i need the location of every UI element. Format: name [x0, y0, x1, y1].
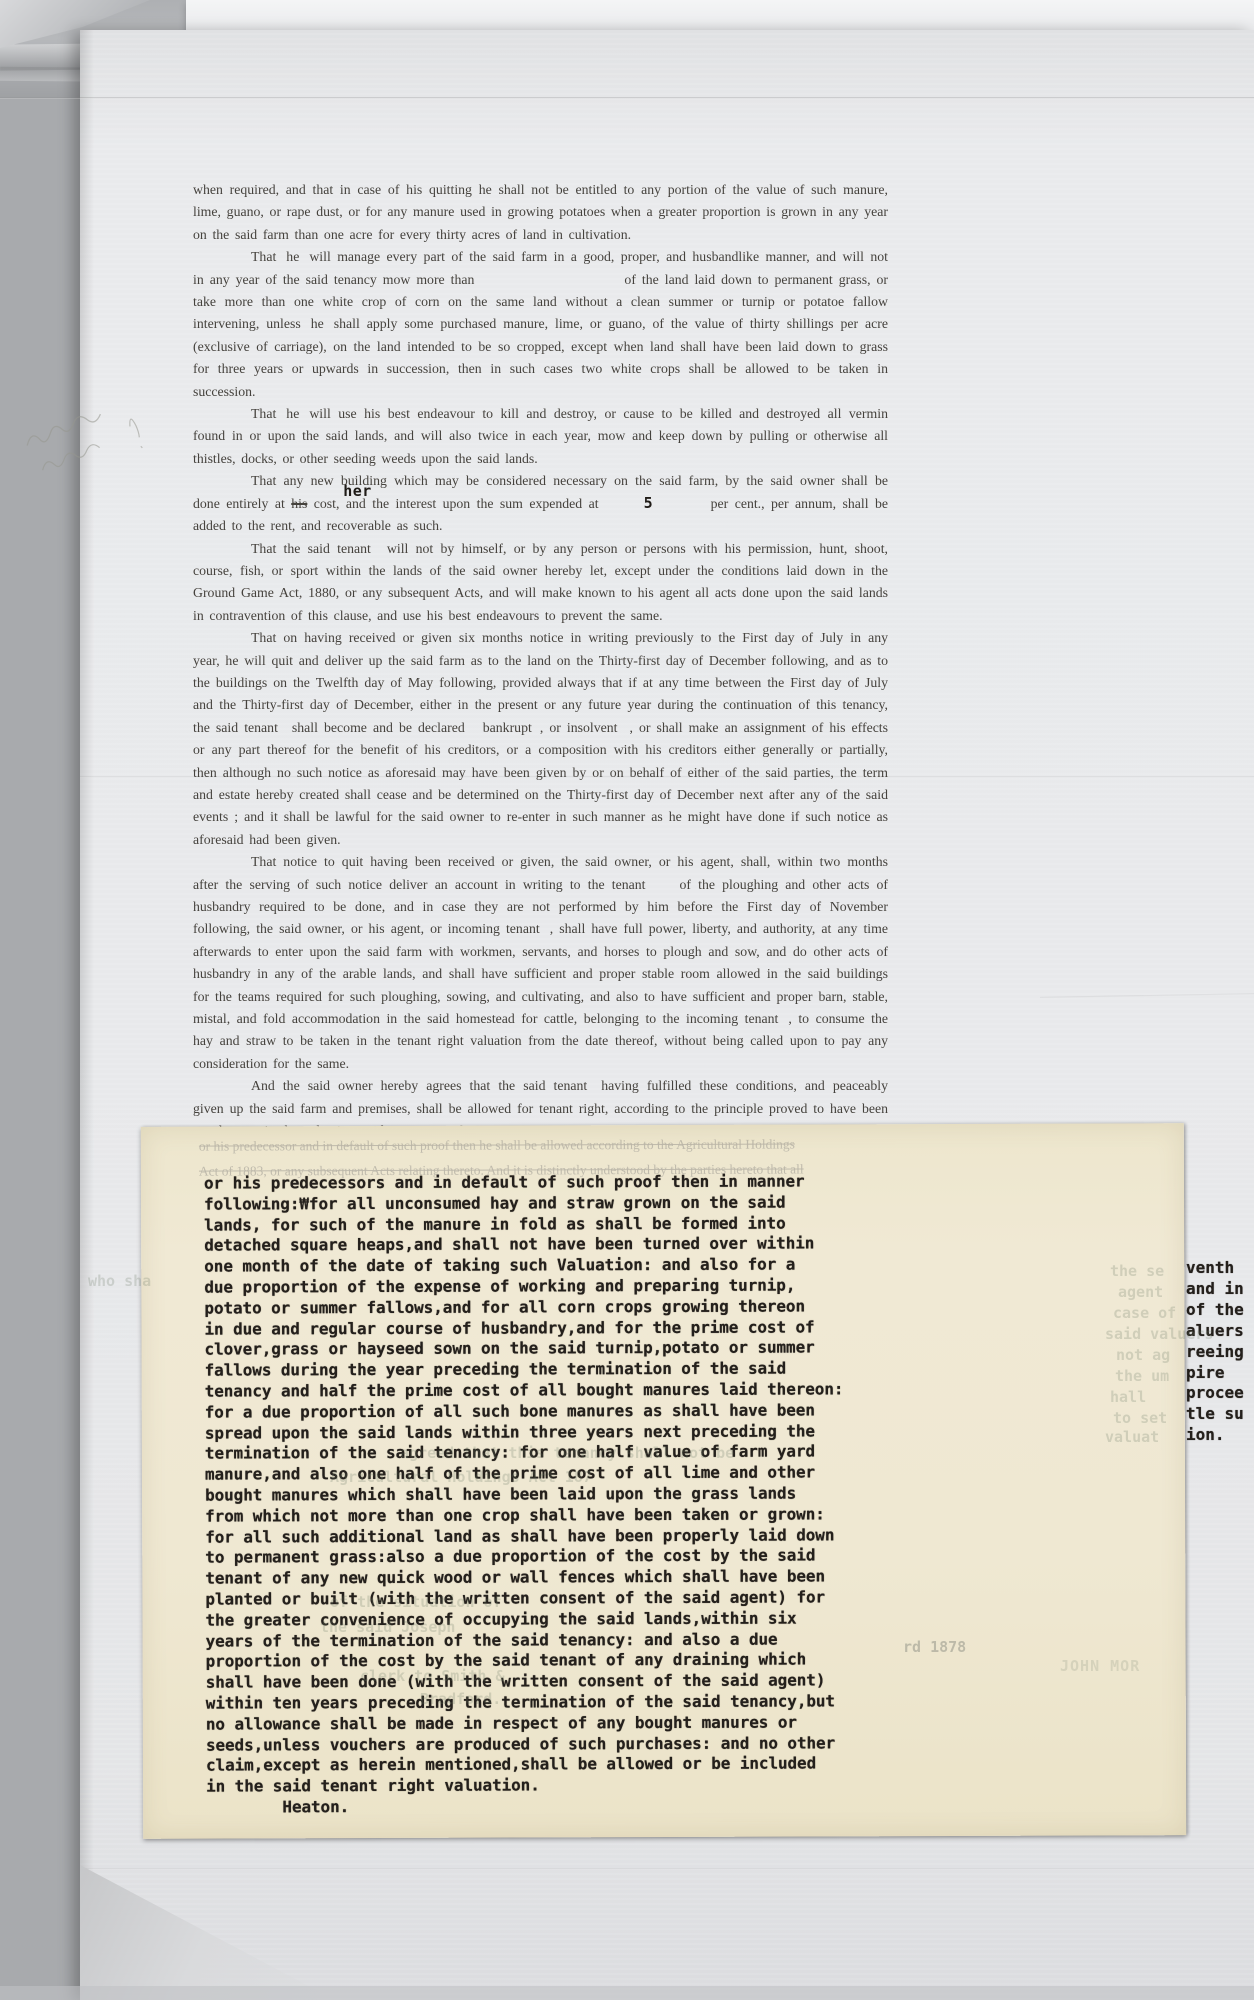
form-blank	[474, 283, 624, 284]
form-blank	[276, 417, 286, 418]
form-blank	[276, 260, 286, 261]
printed-paragraph: Thathewill manage every part of the said…	[193, 246, 888, 403]
ghost-fragment: the se	[1110, 1262, 1164, 1280]
ghost-fragment: agreed that this tenancy shall not be	[400, 1444, 734, 1462]
printed-paragraph: That notice to quit having been received…	[193, 851, 888, 1075]
ghost-fragment: JOHN MOR	[1060, 1657, 1140, 1675]
typed-line: no allowance shall be made in respect of…	[206, 1712, 845, 1735]
typed-line: fallows during the year preceding the te…	[205, 1359, 844, 1382]
form-blank	[587, 1089, 601, 1090]
typed-line: proportion of the cost by the said tenan…	[206, 1650, 845, 1673]
form-blank	[645, 888, 679, 889]
ghost-fragment: said valuers	[1105, 1325, 1213, 1343]
typed-line: seeds,unless vouchers are produced of su…	[206, 1733, 845, 1756]
typed-line: for a due proportion of all such bone ma…	[205, 1400, 844, 1423]
typed-line: within ten years preceding the terminati…	[206, 1691, 845, 1714]
typed-line: tenant of any new quick wood or wall fen…	[205, 1567, 844, 1590]
page-crease	[0, 97, 1254, 99]
form-blank	[465, 731, 483, 732]
typed-line: spread upon the said lands within three …	[205, 1421, 844, 1444]
printed-text: when required, and that in case of his q…	[193, 179, 888, 1142]
ghost-fragment: Bradford.	[420, 1690, 501, 1708]
ghost-fragment: valuat	[1105, 1428, 1159, 1446]
form-blank	[301, 327, 311, 328]
typed-line: from which not more than one crop shall …	[205, 1504, 844, 1527]
ghost-fragment: the said Joseph	[320, 1618, 455, 1636]
form-blank	[299, 417, 309, 418]
overlapping-page-edge	[186, 0, 1254, 34]
ghost-struck-line: or his predecessor and in default of suc…	[199, 1135, 1187, 1154]
form-blank	[278, 731, 292, 732]
form-blank	[532, 731, 540, 732]
page-left-shadow	[80, 30, 94, 2000]
typed-line: in due and regular course of husbandry,a…	[204, 1317, 843, 1340]
typed-signature: Heaton.	[206, 1795, 845, 1818]
typed-line: shall have been done (with the written c…	[206, 1670, 845, 1693]
corrected-word: hisher	[291, 496, 307, 511]
typed-line: bought manures which shall have been lai…	[205, 1483, 844, 1506]
typed-line: the greater convenience of occupying the…	[205, 1608, 844, 1631]
ghost-fragment: of the situation of	[330, 1593, 502, 1611]
document-scan: when required, and that in case of his q…	[0, 0, 1254, 2000]
typed-text: or his predecessors and in default of su…	[204, 1171, 845, 1818]
typed-line: detached square heaps,and shall not have…	[204, 1234, 843, 1257]
ghost-fragment: agent	[1118, 1283, 1163, 1301]
page-bottom-shade	[0, 1986, 1254, 2000]
typed-line: in the said tenant right valuation.	[206, 1774, 845, 1797]
typed-correction: her	[285, 482, 372, 500]
typed-line: claim,except as herein mentioned,shall b…	[206, 1754, 845, 1777]
form-blank	[371, 552, 387, 553]
ghost-fragment: rd 1878	[903, 1638, 966, 1656]
ghost-fragment: not ag	[1116, 1346, 1170, 1364]
printed-paragraph: That on having received or given six mon…	[193, 627, 888, 851]
typed-line: lands, for such of the manure in fold as…	[204, 1213, 843, 1236]
typed-line: to permanent grass:also a due proportion…	[205, 1546, 844, 1569]
right-edge-typed-fragments: venth and in of the aluers reeing pire p…	[1186, 1258, 1244, 1446]
printed-paragraph: Thathewill use his best endeavour to kil…	[193, 403, 888, 470]
ghost-fragment: clerk to Smith &	[360, 1667, 505, 1685]
form-blank	[778, 1022, 788, 1023]
typed-line: one month of the date of taking such Val…	[204, 1255, 843, 1278]
ghost-fragment: case of	[1113, 1304, 1176, 1322]
ghost-fragment: to set	[1113, 1409, 1167, 1427]
printed-paragraph: when required, and that in case of his q…	[193, 179, 888, 246]
typed-insertion: 5	[644, 494, 653, 512]
typed-line: planted or built (with the written conse…	[205, 1587, 844, 1610]
ghost-fragment: Agricultural Holdings Act 187	[330, 1468, 592, 1486]
typed-line: clover,grass or hayseed sown on the said…	[205, 1338, 844, 1361]
typed-line: years of the termination of the said ten…	[206, 1629, 845, 1652]
typed-line: following:₩for all unconsumed hay and st…	[204, 1192, 843, 1215]
form-blank	[540, 932, 550, 933]
form-blank	[324, 327, 334, 328]
form-blank	[653, 507, 711, 508]
printed-paragraph: That the said tenantwill not by himself,…	[193, 538, 888, 628]
page-crease	[80, 1868, 1254, 1870]
pasted-typed-note: or his predecessors and in default of su…	[141, 1123, 1186, 1839]
typed-line: potato or summer fallows,and for all cor…	[204, 1296, 843, 1319]
typed-line: tenancy and half the prime cost of all b…	[205, 1379, 844, 1402]
ghost-fragment: who sha	[88, 1272, 151, 1290]
ghost-fragment: hall	[1110, 1388, 1146, 1406]
form-blank	[299, 260, 309, 261]
typed-line: for all such additional land as shall ha…	[205, 1525, 844, 1548]
ghost-fragment: the um	[1115, 1367, 1169, 1385]
printed-paragraph: That any new building which may be consi…	[193, 470, 888, 537]
typed-line: due proportion of the expense of working…	[204, 1275, 843, 1298]
ghost-struck-line: Act of 1883, or any subsequent Acts rela…	[199, 1160, 1187, 1179]
form-blank	[599, 507, 644, 508]
form-blank	[617, 731, 629, 732]
